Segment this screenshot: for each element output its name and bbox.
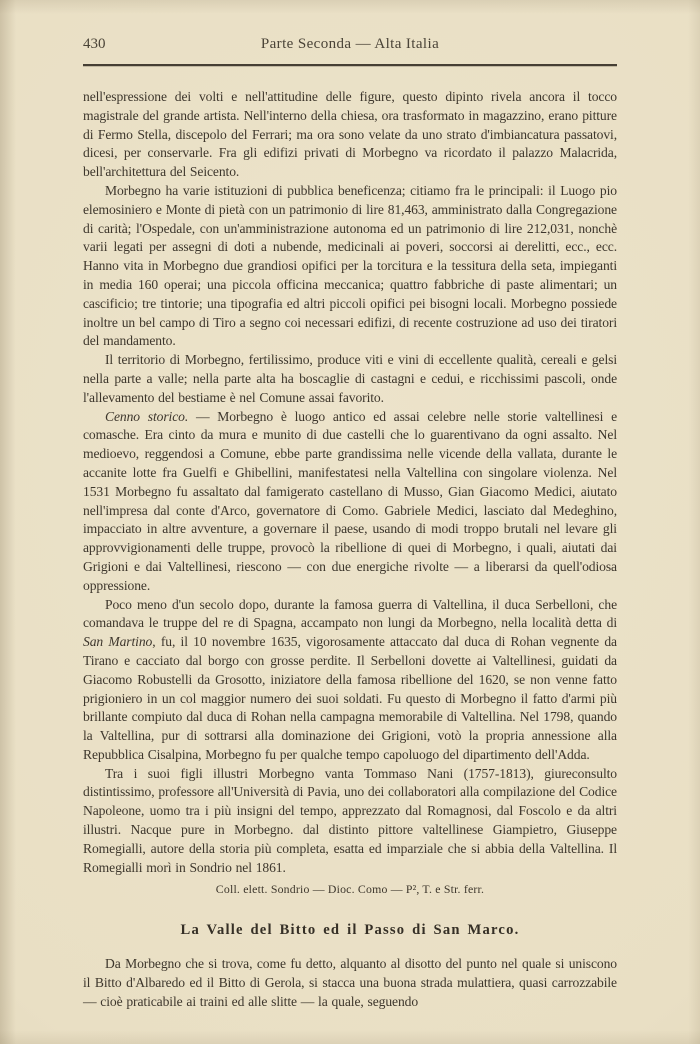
text-run: , fu, il 10 novembre 1635, vigorosamente… (83, 634, 617, 762)
paragraph: Poco meno d'un secolo dopo, durante la f… (83, 596, 617, 765)
page-number: 430 (83, 36, 106, 53)
running-title: Parte Seconda — Alta Italia (83, 36, 617, 53)
page-content: 430 Parte Seconda — Alta Italia nell'esp… (83, 0, 617, 1012)
colophon-line: Coll. elett. Sondrio — Dioc. Como — P², … (83, 882, 617, 897)
italic-text-run: San Martino (83, 634, 152, 649)
text-run: nell'espressione dei volti e nell'attitu… (83, 89, 617, 179)
text-run: — Morbegno è luogo antico ed assai celeb… (83, 409, 617, 593)
paragraph: Morbegno ha varie istituzioni di pubblic… (83, 182, 617, 351)
section-heading: La Valle del Bitto ed il Passo di San Ma… (83, 922, 617, 939)
paragraph: Il territorio di Morbegno, fertilissimo,… (83, 351, 617, 407)
text-run: Da Morbegno che si trova, come fu detto,… (83, 956, 617, 1009)
text-run: Il territorio di Morbegno, fertilissimo,… (83, 352, 617, 405)
text-run: Morbegno ha varie istituzioni di pubblic… (83, 183, 617, 348)
paragraph: Cenno storico. — Morbegno è luogo antico… (83, 408, 617, 596)
italic-text-run: Cenno storico. (105, 409, 188, 424)
text-run: Poco meno d'un secolo dopo, durante la f… (83, 597, 617, 631)
section-paragraphs: Da Morbegno che si trova, come fu detto,… (83, 955, 617, 1011)
book-page: 430 Parte Seconda — Alta Italia nell'esp… (0, 0, 700, 1044)
text-run: Tra i suoi figli illustri Morbegno vanta… (83, 766, 617, 875)
body-paragraphs: nell'espressione dei volti e nell'attitu… (83, 88, 617, 877)
text-column: nell'espressione dei volti e nell'attitu… (83, 88, 617, 1012)
paragraph: nell'espressione dei volti e nell'attitu… (83, 88, 617, 182)
paragraph: Da Morbegno che si trova, come fu detto,… (83, 955, 617, 1011)
header-rule (83, 64, 617, 66)
page-header: 430 Parte Seconda — Alta Italia (83, 36, 617, 58)
paragraph: Tra i suoi figli illustri Morbegno vanta… (83, 765, 617, 878)
